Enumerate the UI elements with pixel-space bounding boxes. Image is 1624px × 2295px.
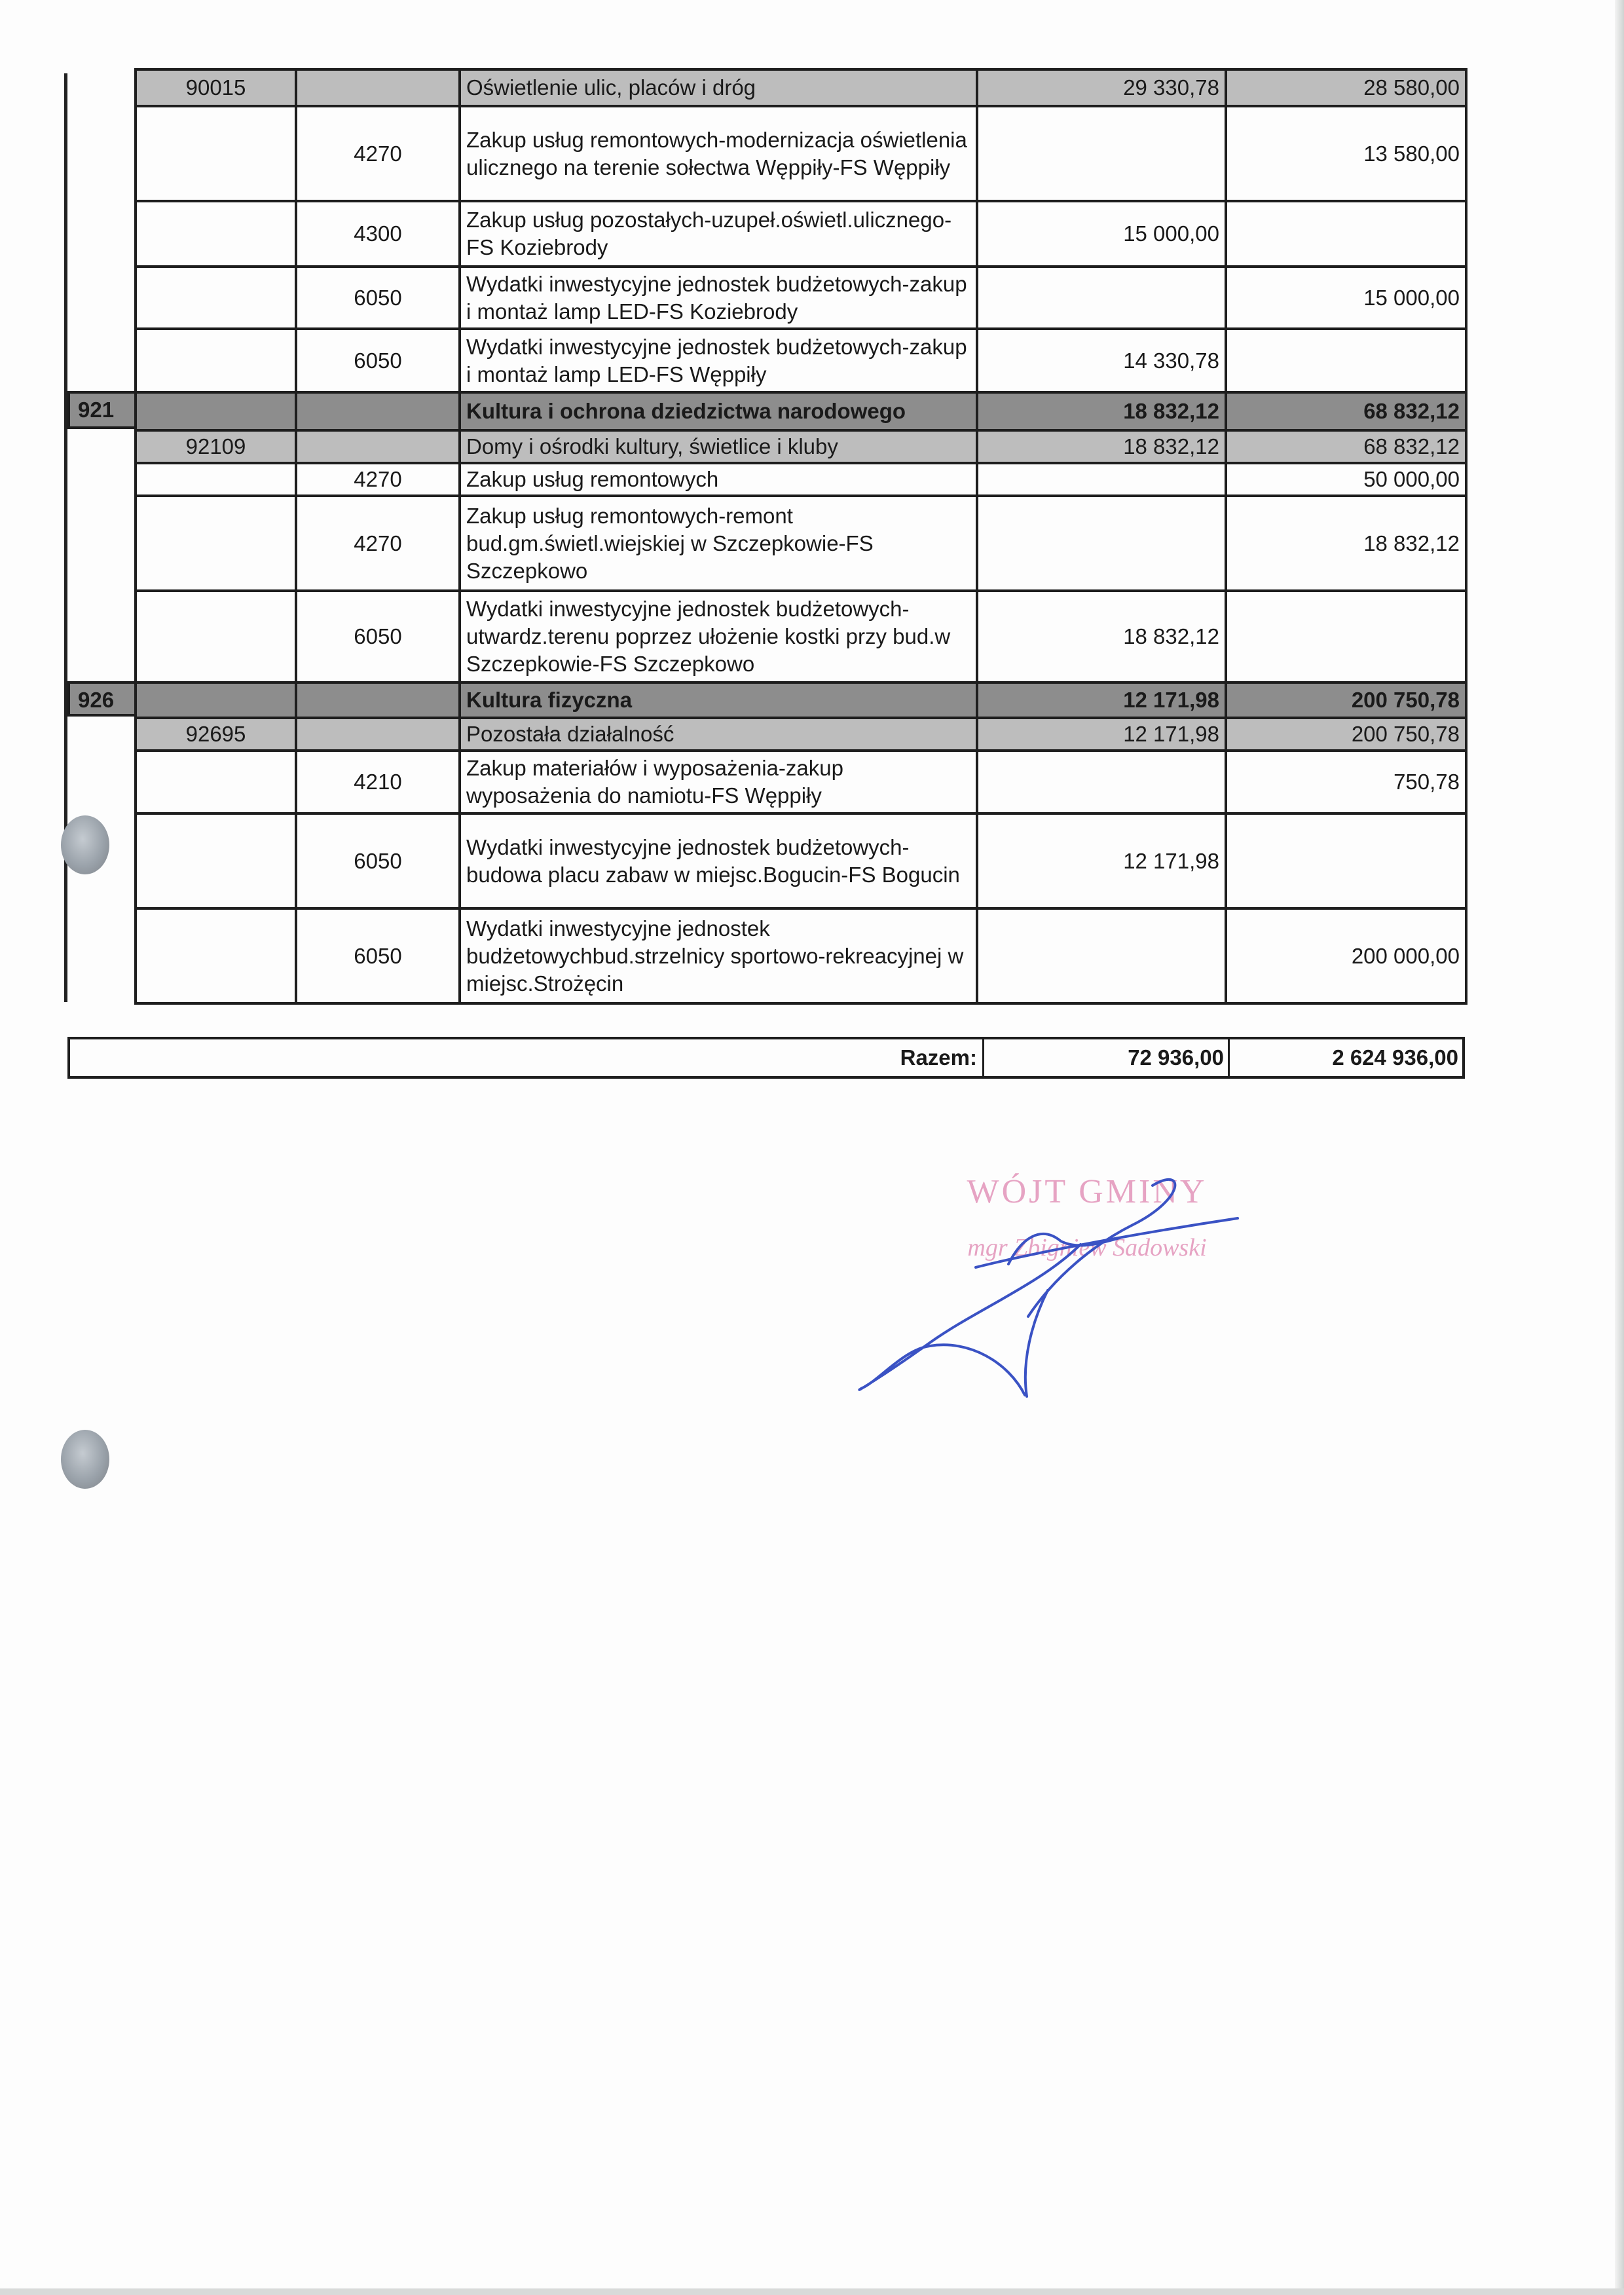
table-row: 4270 Zakup usług remontowych 50 000,00 <box>136 463 1466 496</box>
increase-value: 200 750,78 <box>1226 682 1466 718</box>
increase-value: 750,78 <box>1226 751 1466 813</box>
increase-value <box>1226 329 1466 392</box>
rozdzial-row: 92109 Domy i ośrodki kultury, świetlice … <box>136 430 1466 463</box>
decrease-value <box>977 463 1226 496</box>
dzial-name: Kultura i ochrona dziedzictwa narodowego <box>460 392 977 430</box>
rozdzial-code: 92109 <box>136 430 296 463</box>
paragraph-code: 4270 <box>296 496 460 591</box>
punch-hole-icon <box>61 1430 109 1489</box>
decrease-value: 12 171,98 <box>977 682 1226 718</box>
item-description: Wydatki inwestycyjne jednostek budżetowy… <box>460 329 977 392</box>
punch-hole-icon <box>61 815 109 874</box>
table-row: 4300 Zakup usług pozostałych-uzupeł.oświ… <box>136 201 1466 267</box>
paragraph-cell <box>296 69 460 106</box>
rozdzial-name: Pozostała działalność <box>460 718 977 751</box>
dzial-row: Kultura fizyczna 12 171,98 200 750,78 <box>136 682 1466 718</box>
paragraph-code: 4270 <box>296 106 460 201</box>
paragraph-code: 6050 <box>296 591 460 682</box>
decrease-value <box>977 908 1226 1003</box>
decrease-value: 15 000,00 <box>977 201 1226 267</box>
signature-icon <box>845 1153 1290 1402</box>
table-row: 6050 Wydatki inwestycyjne jednostek budż… <box>136 813 1466 908</box>
increase-value <box>1226 813 1466 908</box>
paragraph-code: 6050 <box>296 813 460 908</box>
decrease-value: 12 171,98 <box>977 718 1226 751</box>
item-description: Wydatki inwestycyjne jednostek budżetowy… <box>460 908 977 1003</box>
increase-value: 50 000,00 <box>1226 463 1466 496</box>
increase-value: 200 750,78 <box>1226 718 1466 751</box>
increase-value <box>1226 591 1466 682</box>
table-row: 6050 Wydatki inwestycyjne jednostek budż… <box>136 329 1466 392</box>
increase-value: 18 832,12 <box>1226 496 1466 591</box>
rozdzial-code: 90015 <box>136 69 296 106</box>
paragraph-code: 4210 <box>296 751 460 813</box>
increase-value: 28 580,00 <box>1226 69 1466 106</box>
table-row: 4270 Zakup usług remontowych-remont bud.… <box>136 496 1466 591</box>
dzial-code-921: 921 <box>67 391 134 429</box>
dzial-row: Kultura i ochrona dziedzictwa narodowego… <box>136 392 1466 430</box>
rozdzial-row: 92695 Pozostała działalność 12 171,98 20… <box>136 718 1466 751</box>
table-row: 6050 Wydatki inwestycyjne jednostek budż… <box>136 267 1466 329</box>
item-description: Zakup usług remontowych <box>460 463 977 496</box>
item-description: Zakup materiałów i wyposażenia-zakup wyp… <box>460 751 977 813</box>
item-description: Zakup usług pozostałych-uzupeł.oświetl.u… <box>460 201 977 267</box>
total-decrease: 72 936,00 <box>984 1039 1230 1076</box>
item-description: Wydatki inwestycyjne jednostek budżetowy… <box>460 591 977 682</box>
increase-value <box>1226 201 1466 267</box>
rozdzial-name: Oświetlenie ulic, placów i dróg <box>460 69 977 106</box>
total-row: Razem: 72 936,00 2 624 936,00 <box>67 1037 1465 1079</box>
increase-value: 68 832,12 <box>1226 392 1466 430</box>
dzial-name: Kultura fizyczna <box>460 682 977 718</box>
decrease-value <box>977 106 1226 201</box>
dzial-code-926: 926 <box>67 681 134 717</box>
table-row: 4210 Zakup materiałów i wyposażenia-zaku… <box>136 751 1466 813</box>
table-row: 6050 Wydatki inwestycyjne jednostek budż… <box>136 908 1466 1003</box>
decrease-value: 18 832,12 <box>977 430 1226 463</box>
decrease-value: 12 171,98 <box>977 813 1226 908</box>
table-row: 4270 Zakup usług remontowych-modernizacj… <box>136 106 1466 201</box>
decrease-value <box>977 267 1226 329</box>
decrease-value: 18 832,12 <box>977 591 1226 682</box>
total-increase: 2 624 936,00 <box>1230 1039 1462 1076</box>
total-label: Razem: <box>70 1039 984 1076</box>
decrease-value: 18 832,12 <box>977 392 1226 430</box>
decrease-value <box>977 496 1226 591</box>
paragraph-code: 4270 <box>296 463 460 496</box>
increase-value: 13 580,00 <box>1226 106 1466 201</box>
rozdzial-name: Domy i ośrodki kultury, świetlice i klub… <box>460 430 977 463</box>
paragraph-code: 6050 <box>296 908 460 1003</box>
item-description: Zakup usług remontowych-modernizacja ośw… <box>460 106 977 201</box>
paragraph-code: 6050 <box>296 267 460 329</box>
increase-value: 200 000,00 <box>1226 908 1466 1003</box>
table-row: 6050 Wydatki inwestycyjne jednostek budż… <box>136 591 1466 682</box>
rozdzial-code: 92695 <box>136 718 296 751</box>
decrease-value: 29 330,78 <box>977 69 1226 106</box>
paragraph-code: 6050 <box>296 329 460 392</box>
rozdzial-row: 90015 Oświetlenie ulic, placów i dróg 29… <box>136 69 1466 106</box>
budget-changes-table: 90015 Oświetlenie ulic, placów i dróg 29… <box>134 68 1467 1005</box>
item-description: Wydatki inwestycyjne jednostek budżetowy… <box>460 267 977 329</box>
paragraph-code: 4300 <box>296 201 460 267</box>
item-description: Wydatki inwestycyjne jednostek budżetowy… <box>460 813 977 908</box>
decrease-value: 14 330,78 <box>977 329 1226 392</box>
increase-value: 15 000,00 <box>1226 267 1466 329</box>
scan-edge-bottom <box>0 2288 1624 2295</box>
item-description: Zakup usług remontowych-remont bud.gm.św… <box>460 496 977 591</box>
scan-edge-right <box>1615 0 1624 2295</box>
increase-value: 68 832,12 <box>1226 430 1466 463</box>
decrease-value <box>977 751 1226 813</box>
